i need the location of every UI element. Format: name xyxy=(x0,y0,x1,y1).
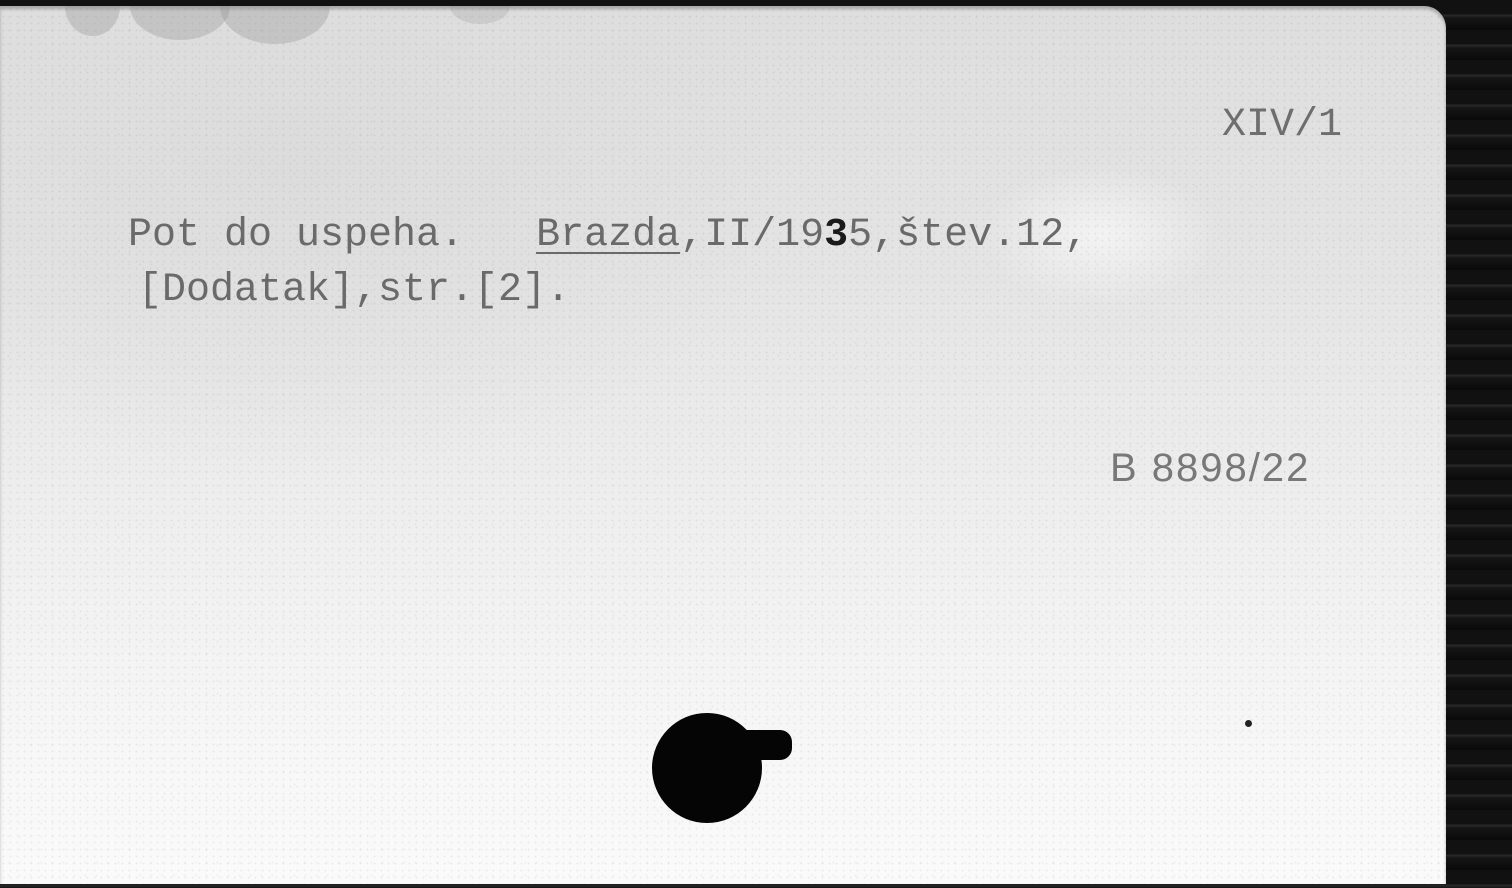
water-stain xyxy=(450,6,510,24)
shelf-mark: B 8898/22 xyxy=(1110,448,1310,488)
water-stain xyxy=(130,6,230,40)
volume-year: ,II/19 xyxy=(680,213,824,258)
punch-hole xyxy=(652,713,762,823)
year-suffix: 5 xyxy=(848,213,872,258)
catalog-card: XIV/1 Pot do uspeha. Brazda,II/1935,štev… xyxy=(0,6,1446,884)
journal-title: Brazda xyxy=(536,213,680,258)
bibliographic-entry-line-1: Pot do uspeha. Brazda,II/1935,štev.12, xyxy=(128,216,1088,256)
water-stain xyxy=(220,6,330,44)
classification-number: XIV/1 xyxy=(1222,106,1342,146)
year-corrected-digit: 3 xyxy=(824,213,848,258)
ink-speck xyxy=(1245,720,1252,727)
article-title: Pot do uspeha. xyxy=(128,213,464,258)
overwritten-digit: 3 xyxy=(824,213,848,258)
water-stain xyxy=(65,6,120,36)
bibliographic-entry-line-2: [Dodatak],str.[2]. xyxy=(138,271,570,311)
issue-number: ,štev.12, xyxy=(872,213,1088,258)
